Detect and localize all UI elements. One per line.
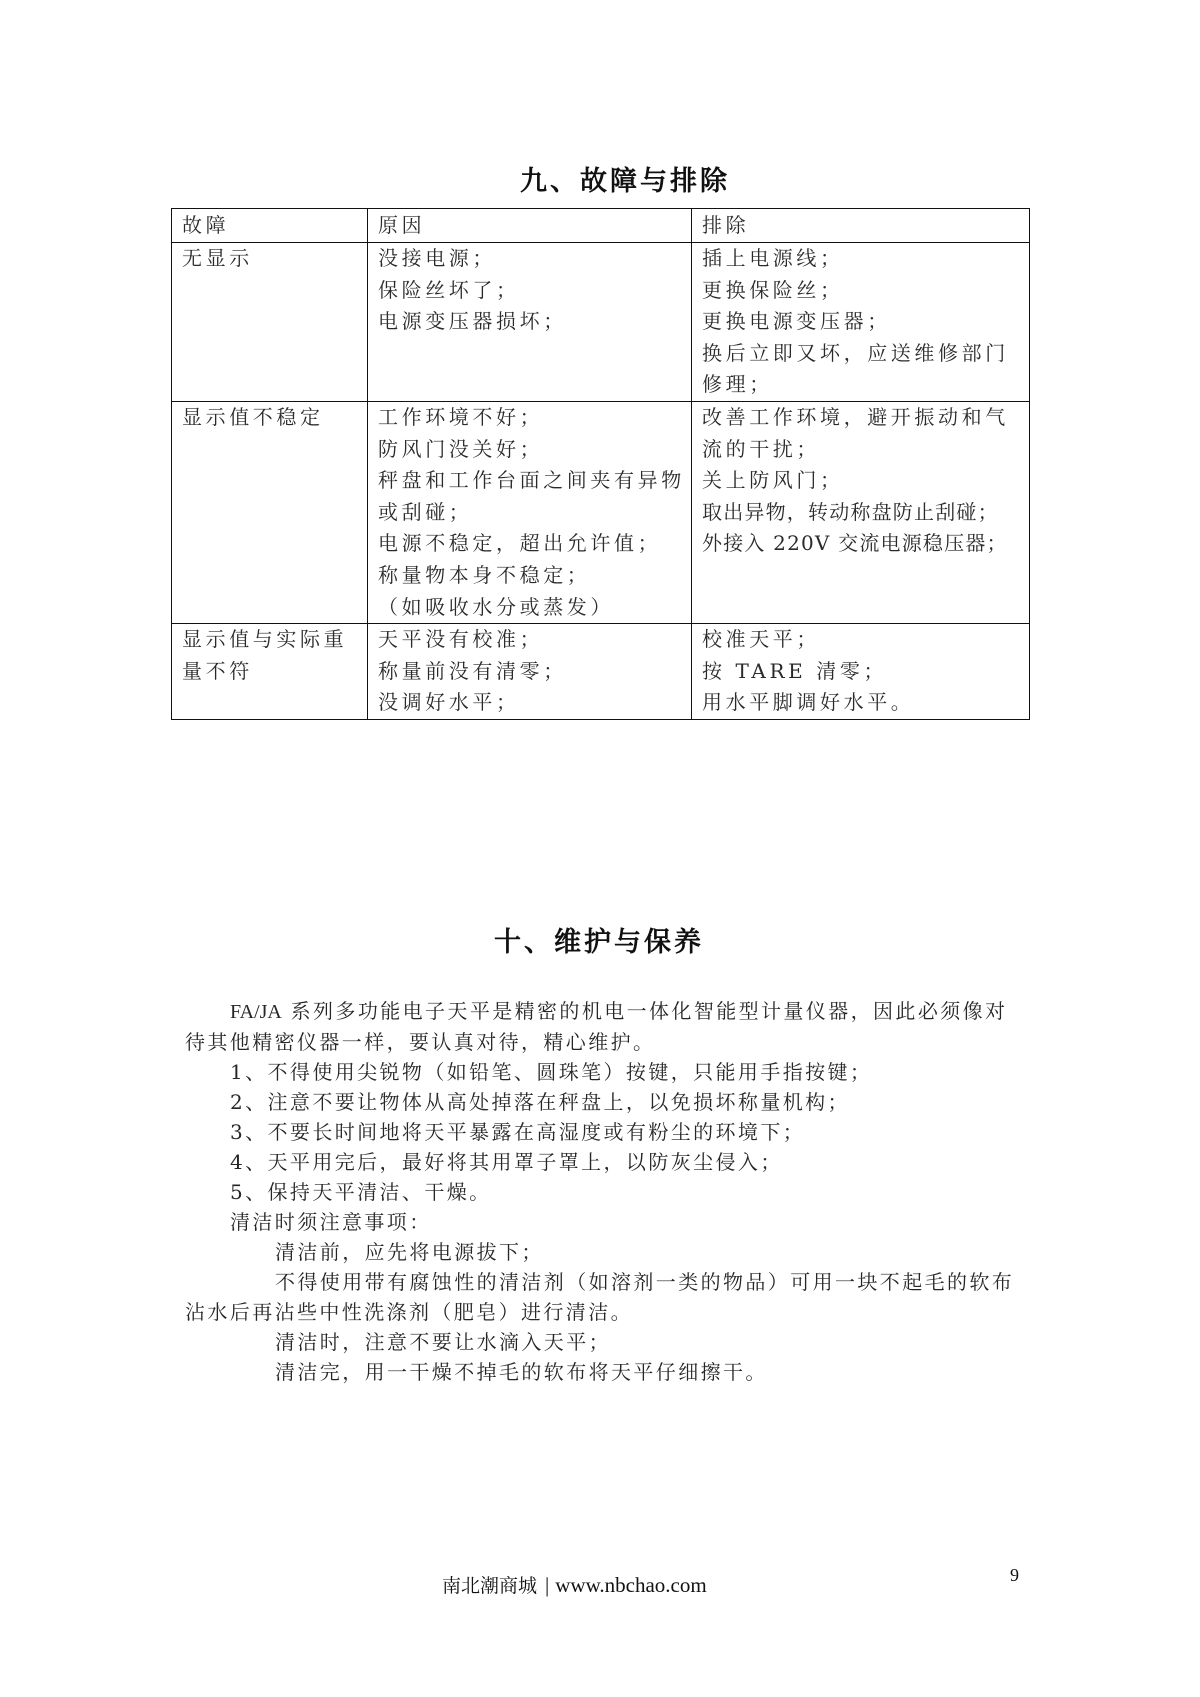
column-header-fault: 故障 <box>172 209 368 243</box>
table-row: 显示值与实际重量不符 天平没有校准； 称量前没有清零； 没调好水平； 校准天平；… <box>172 624 1030 720</box>
remedy-line: 改善工作环境，避开振动和气流的干扰； <box>702 402 1023 465</box>
cleaning-note: 清洁时，注意不要让水滴入天平； <box>185 1327 1025 1357</box>
cleaning-note: 清洁前，应先将电源拔下； <box>185 1237 1025 1267</box>
remedy-line: 更换保险丝； <box>702 275 1023 307</box>
cause-line: 称量前没有清零； <box>378 656 685 688</box>
intro-text: 系列多功能电子天平是精密的机电一体化智能型计量仪器，因此必须像对待其他精密仪器一… <box>185 999 1007 1054</box>
troubleshooting-table: 故障 原因 排除 无显示 没接电源； 保险丝坏了； 电源变压器损坏； 插上电源线… <box>171 208 1030 720</box>
cause-line: 没调好水平； <box>378 687 685 719</box>
table-row: 无显示 没接电源； 保险丝坏了； 电源变压器损坏； 插上电源线； 更换保险丝； … <box>172 243 1030 402</box>
remedy-line: 关上防风门； <box>702 465 1023 497</box>
fault-text: 无显示 <box>182 243 361 275</box>
page-footer: 南北潮商城|www.nbchao.com <box>442 1571 707 1598</box>
cause-line: 保险丝坏了； <box>378 275 685 307</box>
cleaning-note: 清洁完，用一干燥不掉毛的软布将天平仔细擦干。 <box>185 1357 1025 1387</box>
fault-cell: 显示值不稳定 <box>172 401 368 623</box>
cleaning-note: 不得使用带有腐蚀性的清洁剂（如溶剂一类的物品）可用一块不起毛的软布沾水后再沾些中… <box>185 1267 1025 1327</box>
remedy-line: 取出异物，转动称盘防止刮碰； <box>702 497 1023 529</box>
column-header-cause: 原因 <box>368 209 692 243</box>
cause-line: 称量物本身不稳定； <box>378 560 685 592</box>
footer-separator: | <box>545 1573 549 1597</box>
remedy-cell: 校准天平； 按 TARE 清零； 用水平脚调好水平。 <box>692 624 1030 720</box>
cause-line: 工作环境不好； <box>378 402 685 434</box>
section-title-maintenance: 十、维护与保养 <box>494 920 704 959</box>
list-item: 3、不要长时间地将天平暴露在高湿度或有粉尘的环境下； <box>185 1117 1025 1147</box>
footer-site-name: 南北潮商城 <box>442 1575 537 1597</box>
cause-line: （如吸收水分或蒸发） <box>378 592 685 624</box>
footer-url[interactable]: www.nbchao.com <box>555 1573 706 1597</box>
cause-cell: 天平没有校准； 称量前没有清零； 没调好水平； <box>368 624 692 720</box>
cause-line: 电源变压器损坏； <box>378 306 685 338</box>
model-name: FA/JA <box>230 1001 282 1023</box>
remedy-line: 按 TARE 清零； <box>702 656 1023 688</box>
remedy-line: 用水平脚调好水平。 <box>702 687 1023 719</box>
section-title-troubleshooting: 九、故障与排除 <box>520 159 730 198</box>
cause-cell: 没接电源； 保险丝坏了； 电源变压器损坏； <box>368 243 692 402</box>
list-item: 5、保持天平清洁、干燥。 <box>185 1177 1025 1207</box>
page-number: 9 <box>1010 1565 1019 1586</box>
remedy-line: 换后立即又坏，应送维修部门修理； <box>702 338 1023 401</box>
list-item: 2、注意不要让物体从高处掉落在秤盘上，以免损坏称量机构； <box>185 1087 1025 1117</box>
intro-paragraph: FA/JA 系列多功能电子天平是精密的机电一体化智能型计量仪器，因此必须像对待其… <box>185 996 1025 1057</box>
fault-text: 显示值与实际重量不符 <box>182 624 361 687</box>
maintenance-body: FA/JA 系列多功能电子天平是精密的机电一体化智能型计量仪器，因此必须像对待其… <box>185 996 1025 1387</box>
list-item: 1、不得使用尖锐物（如铅笔、圆珠笔）按键，只能用手指按键； <box>185 1057 1025 1087</box>
fault-cell: 显示值与实际重量不符 <box>172 624 368 720</box>
table-header-row: 故障 原因 排除 <box>172 209 1030 243</box>
remedy-cell: 改善工作环境，避开振动和气流的干扰； 关上防风门； 取出异物，转动称盘防止刮碰；… <box>692 401 1030 623</box>
remedy-cell: 插上电源线； 更换保险丝； 更换电源变压器； 换后立即又坏，应送维修部门修理； <box>692 243 1030 402</box>
cause-line: 电源不稳定，超出允许值； <box>378 528 685 560</box>
remedy-line: 更换电源变压器； <box>702 306 1023 338</box>
column-header-remedy: 排除 <box>692 209 1030 243</box>
list-item: 4、天平用完后，最好将其用罩子罩上，以防灰尘侵入； <box>185 1147 1025 1177</box>
fault-text: 显示值不稳定 <box>182 402 361 434</box>
cause-cell: 工作环境不好； 防风门没关好； 秤盘和工作台面之间夹有异物或刮碰； 电源不稳定，… <box>368 401 692 623</box>
remedy-line: 校准天平； <box>702 624 1023 656</box>
cause-line: 没接电源； <box>378 243 685 275</box>
cleaning-heading: 清洁时须注意事项： <box>185 1207 1025 1237</box>
table-row: 显示值不稳定 工作环境不好； 防风门没关好； 秤盘和工作台面之间夹有异物或刮碰；… <box>172 401 1030 623</box>
fault-cell: 无显示 <box>172 243 368 402</box>
cause-line: 秤盘和工作台面之间夹有异物或刮碰； <box>378 465 685 528</box>
remedy-line: 插上电源线； <box>702 243 1023 275</box>
cause-line: 天平没有校准； <box>378 624 685 656</box>
cause-line: 防风门没关好； <box>378 434 685 466</box>
remedy-line: 外接入 220V 交流电源稳压器； <box>702 528 1023 560</box>
